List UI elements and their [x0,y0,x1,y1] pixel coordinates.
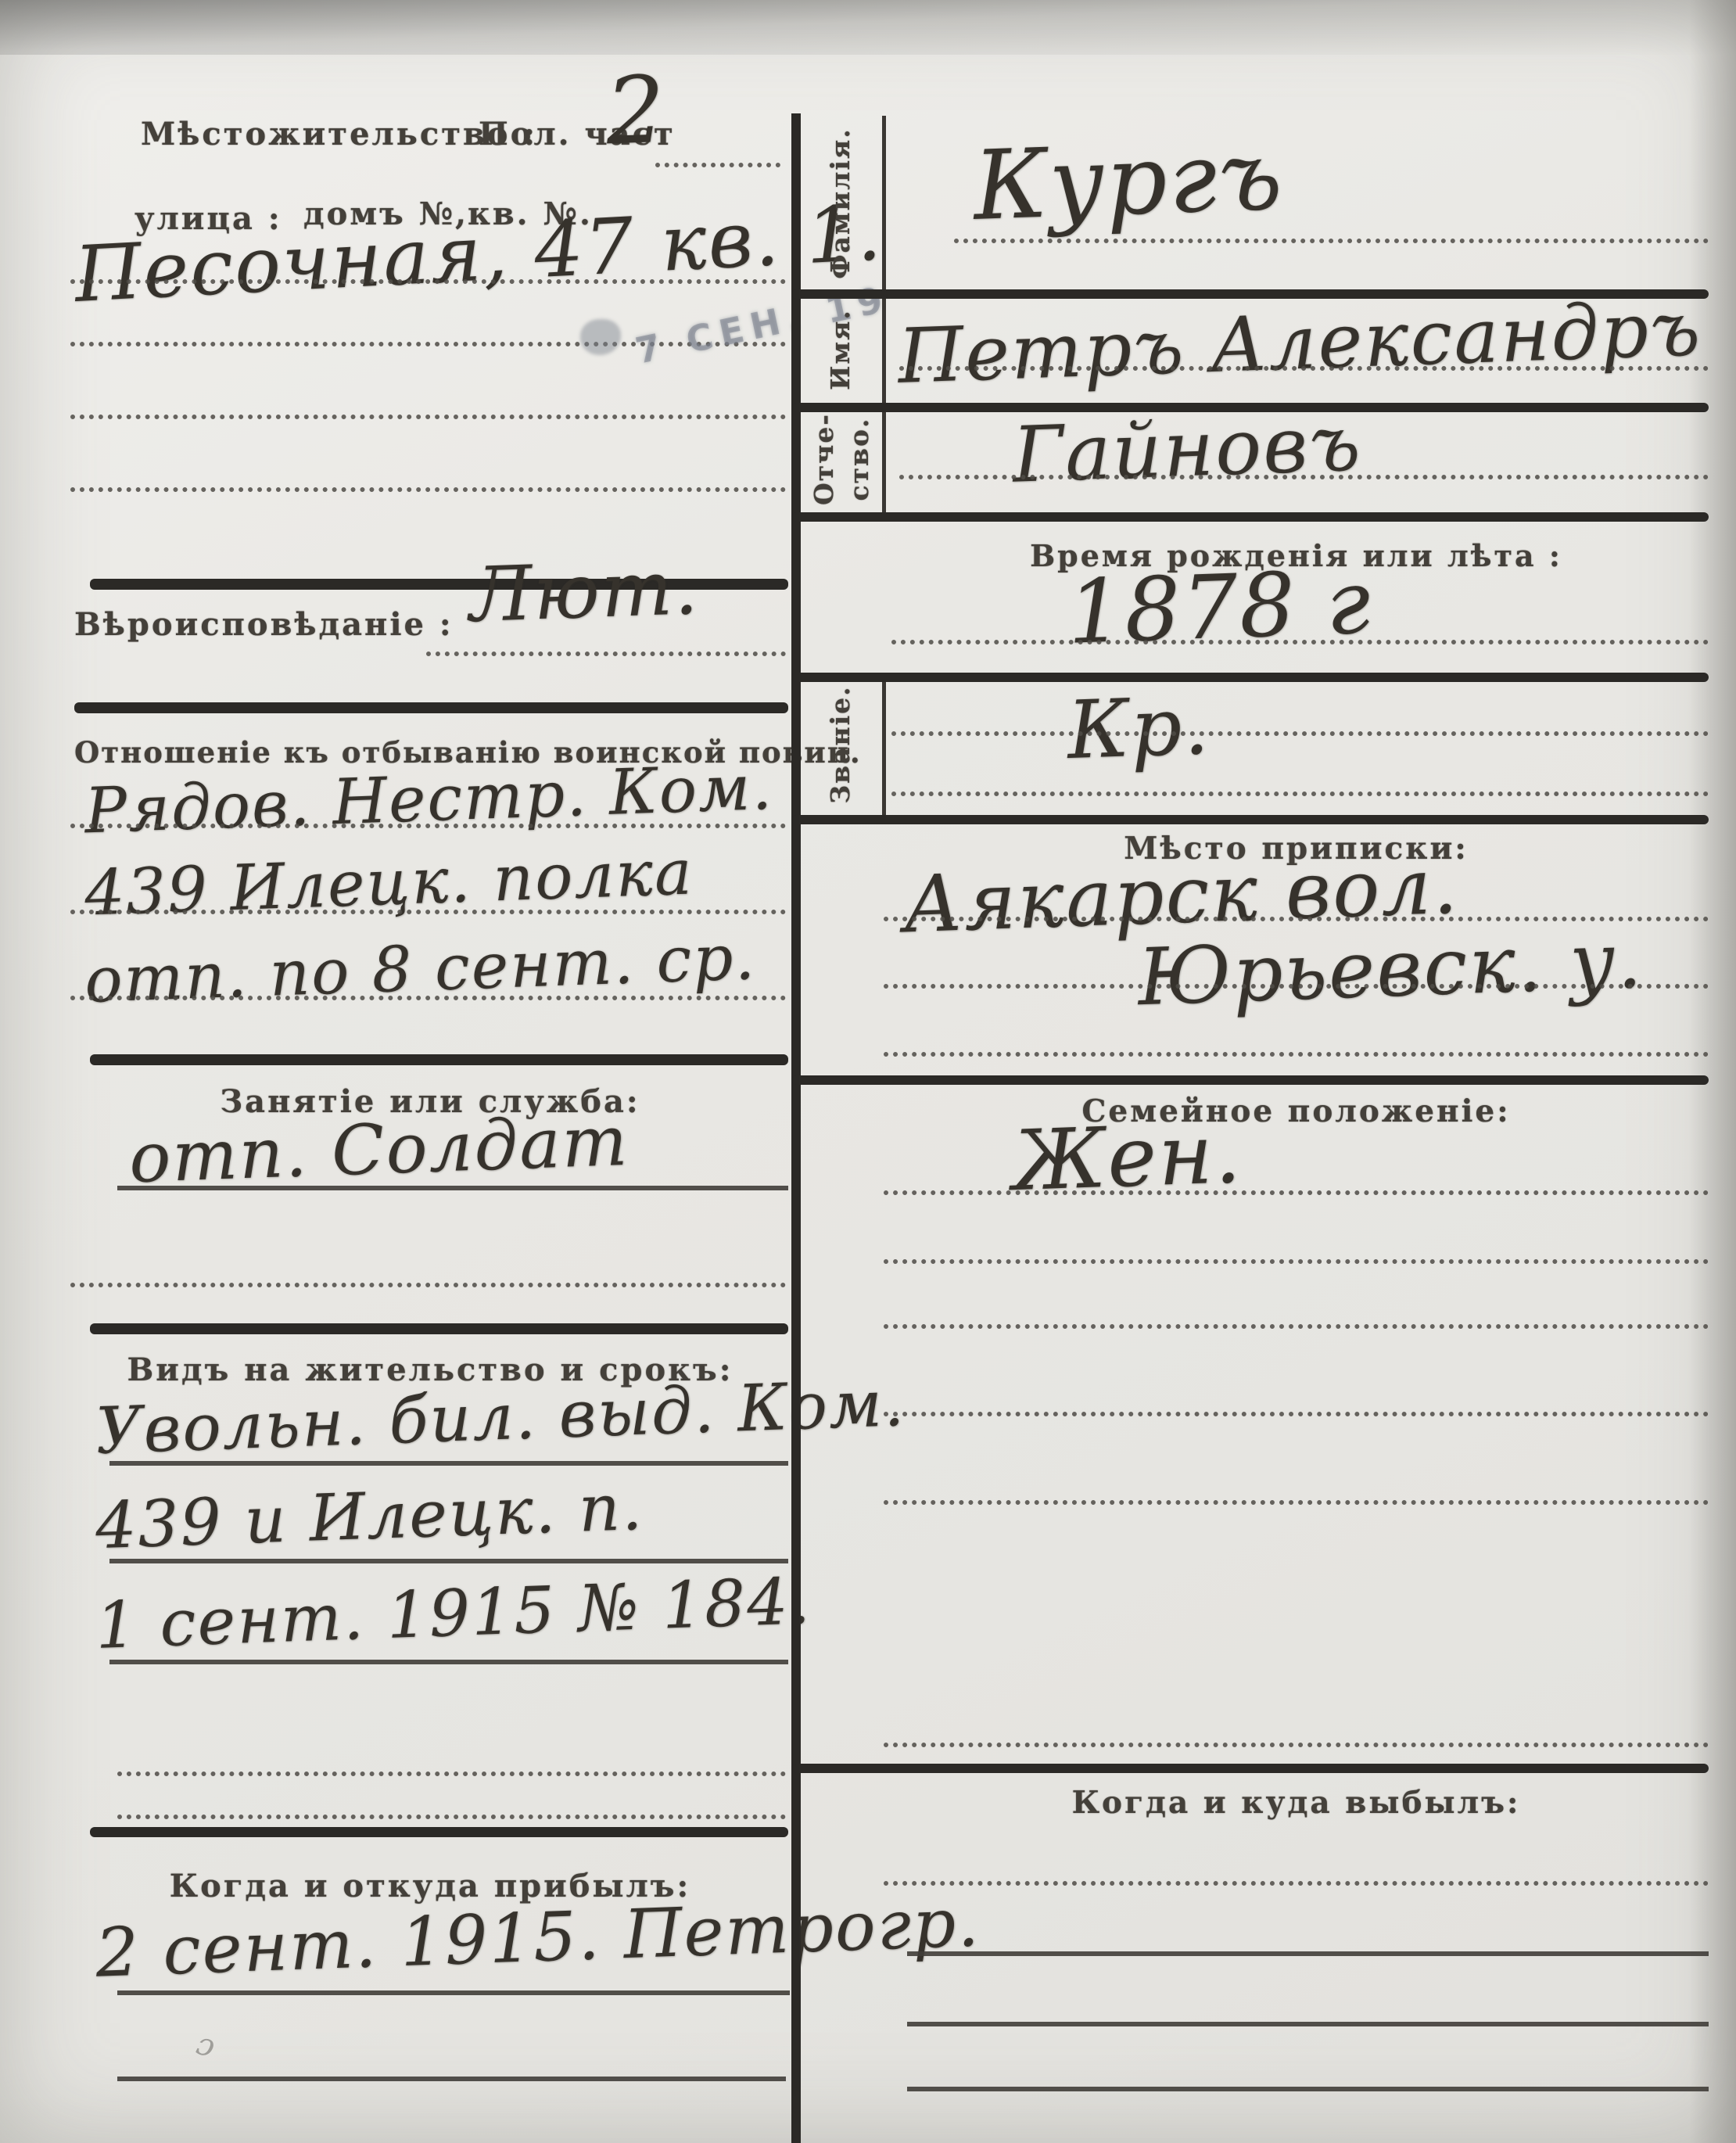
scan-top-edge-shadow [0,0,1736,55]
ruled-line [117,2077,786,2081]
rank-value: Кр. [1066,680,1212,777]
patronymic-label-line1: Отче- [809,413,839,505]
ruled-line [70,1283,786,1287]
permit-line-2: 439 и Илецк. п. [95,1470,645,1563]
religion-value: Лют. [468,544,701,639]
ruled-line [70,487,786,492]
patronymic-label-line2: ство. [844,418,874,501]
divider-bar [90,1827,788,1837]
surname-value: Кургъ [972,120,1286,242]
ruled-line [884,1190,1709,1195]
box-border [791,815,1709,824]
pencil-mark: ɔ [192,2026,219,2065]
ruled-line [117,1815,786,1819]
ruled-line [884,984,1709,989]
ruled-line [70,910,786,914]
military-service-line-2: 439 Илецк. полка [84,835,694,929]
box-border [791,1075,1709,1085]
occupation-value: отп. Солдат [127,1100,629,1198]
divider-bar [90,1323,788,1334]
ruled-line [884,1052,1709,1057]
ruled-line [70,415,786,419]
box-border [791,512,1709,522]
stamp-ink-blot [580,319,621,355]
ruled-line [109,1660,788,1664]
ruled-line [884,1743,1709,1747]
ruled-line [117,1990,790,1995]
divider-bar [90,1054,788,1065]
ruled-line [426,652,786,656]
ruled-line [884,1259,1709,1264]
patronymic-value: Гайновъ [1011,399,1363,501]
box-border [791,1764,1709,1773]
name-value: Петръ Александръ [896,285,1702,400]
ruled-line [884,1500,1709,1505]
ruled-line [109,1559,788,1563]
departed-label: Когда и куда выбылъ: [884,1785,1709,1821]
ruled-line [907,2087,1709,2091]
patronymic-label: Отче- ство. [799,408,885,510]
divider-bar [74,702,788,713]
ruled-line [884,1412,1709,1416]
ruled-line [70,824,786,828]
ruled-line [891,731,1709,736]
ruled-line [655,163,780,167]
ruled-line [70,996,786,1000]
ruled-line [891,792,1709,796]
permit-line-3: 1 сент. 1915 № 184. [95,1564,812,1664]
ruled-line [899,475,1709,479]
name-label: Имя. [802,295,880,404]
birth-value: 1878 г [1066,551,1374,664]
ruled-line [109,1461,788,1466]
ruled-line [884,1324,1709,1329]
ruled-line [899,366,1709,371]
ruled-line [891,640,1709,644]
military-service-line-3: отп. по 8 сент. ср. [84,921,758,1017]
registration-card-scan: Мѣстожительство : Пол. част 2 улица : до… [0,0,1736,2143]
ruled-line [70,279,786,284]
religion-label: Вѣроисповѣданіе : [74,606,454,643]
surname-label: Фамилія. [802,117,880,289]
registration-line-2: Юрьевск. у. [1136,914,1645,1023]
ruled-line [884,1881,1709,1886]
ruled-line [117,1186,788,1190]
family-status-label: Семейное положеніе: [884,1093,1709,1129]
ruled-line [954,239,1709,243]
box-border [791,673,1709,682]
rank-label: Званіе. [802,678,880,811]
ruled-line [117,1771,786,1776]
ruled-line [907,2022,1709,2026]
ruled-line [907,1951,1709,1956]
label-box-divider [882,677,886,817]
police-part-value: 2 [604,56,669,166]
